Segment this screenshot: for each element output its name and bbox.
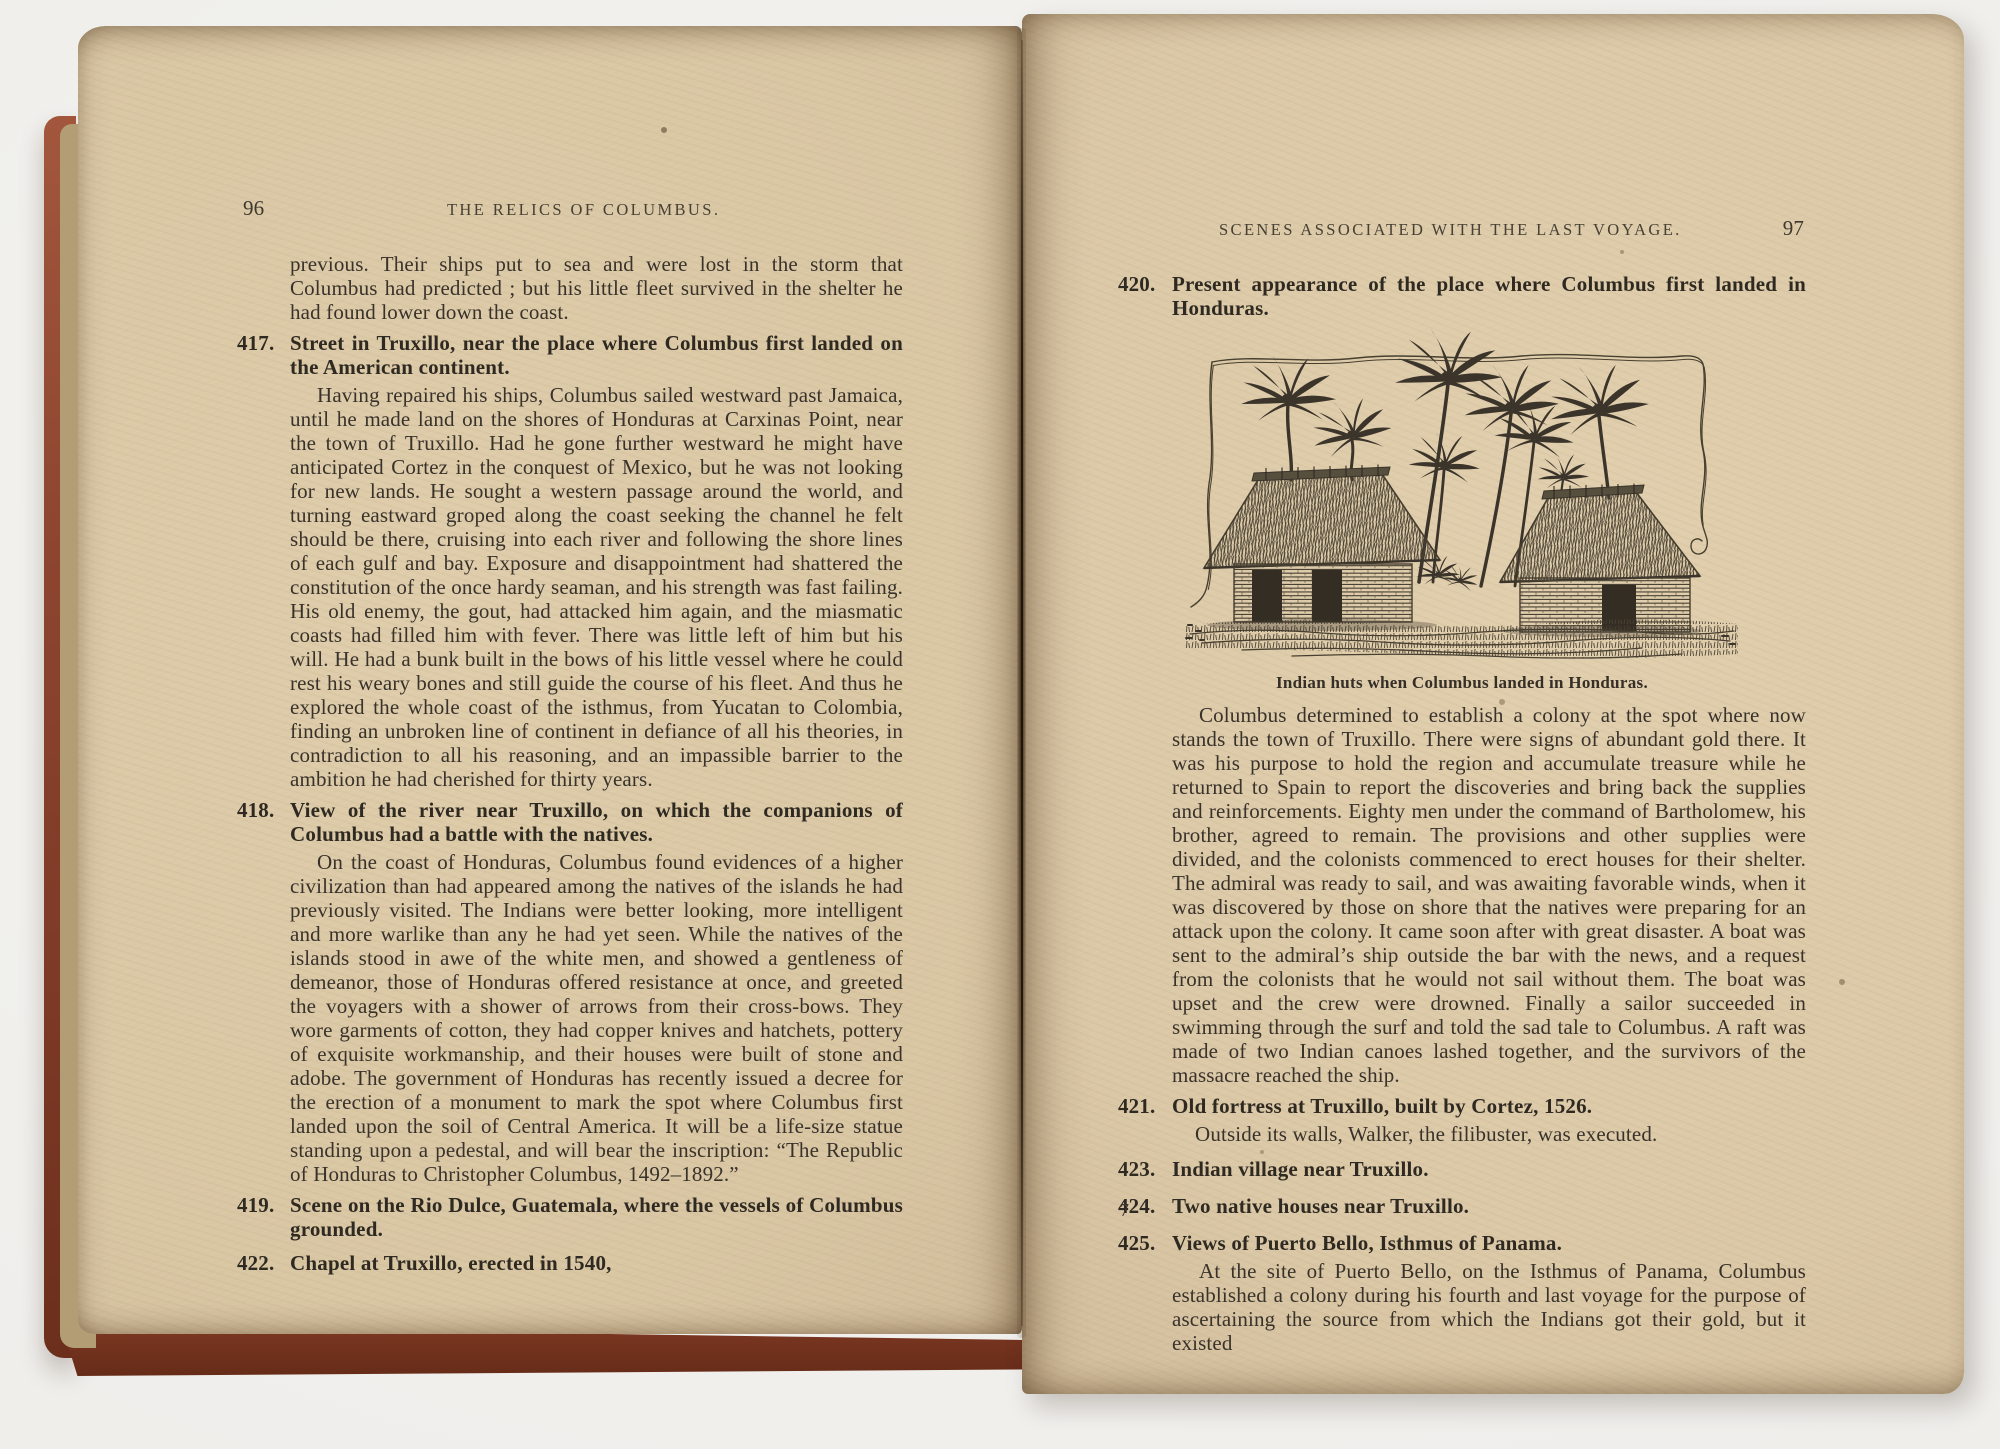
signature-mark: 7 [1120,1200,1129,1221]
running-header-left: THE RELICS OF COLUMBUS. [264,198,903,222]
catalog-entry-417: 417. Street in Truxillo, near the place … [237,331,903,379]
page-number-right: 97 [1783,216,1804,240]
catalog-entry-421: 421. Old fortress at Truxillo, built by … [1118,1094,1806,1118]
entry-number: 422. [237,1251,274,1275]
entry-number: 425. [1118,1231,1155,1255]
entry-heading: Two native houses near Truxillo. [1172,1194,1469,1218]
entry-425-paragraph: At the site of Puerto Bello, on the Isth… [1118,1259,1806,1355]
paper-specks [0,0,4,4]
entry-heading: Scene on the Rio Dulce, Guatemala, where… [290,1193,903,1241]
page-number-left: 96 [243,196,264,220]
catalog-entry-418: 418. View of the river near Truxillo, on… [237,798,903,846]
right-hut [1500,484,1700,633]
entry-heading: View of the river near Truxillo, on whic… [290,798,903,846]
entry-heading: Present appearance of the place where Co… [1172,272,1806,320]
entry-420-paragraph: Columbus determined to establish a colon… [1118,703,1806,1087]
entry-417-paragraph: Having repaired his ships, Columbus sail… [237,383,903,791]
left-hut [1204,465,1440,623]
entry-number: 417. [237,331,274,355]
right-page-header: SCENES ASSOCIATED WITH THE LAST VOYAGE. … [1118,216,1806,242]
book-gutter-line [1021,40,1023,1326]
running-header-right: SCENES ASSOCIATED WITH THE LAST VOYAGE. [1118,218,1783,242]
catalog-entry-424: 424. Two native houses near Truxillo. [1118,1194,1806,1218]
intro-paragraph: previous. Their ships put to sea and wer… [237,252,903,324]
catalog-entry-423: 423. Indian village near Truxillo. [1118,1157,1806,1181]
engraving-caption: Indian huts when Columbus landed in Hond… [1182,671,1742,695]
entry-heading: Chapel at Truxillo, erected in 1540, [290,1251,612,1275]
entry-heading: Old fortress at Truxillo, built by Corte… [1172,1094,1592,1118]
entry-number: 420. [1118,272,1155,296]
entry-heading: Indian village near Truxillo. [1172,1157,1429,1181]
right-page-text-column: SCENES ASSOCIATED WITH THE LAST VOYAGE. … [1118,216,1806,1359]
entry-421-note: Outside its walls, Walker, the filibuste… [1118,1122,1806,1146]
entry-number: 418. [237,798,274,822]
entry-number: 421. [1118,1094,1155,1118]
catalog-entry-420: 420. Present appearance of the place whe… [1118,272,1806,320]
left-page-header: 96 THE RELICS OF COLUMBUS. [237,196,903,222]
entry-number: 423. [1118,1157,1155,1181]
entry-418-paragraph: On the coast of Honduras, Columbus found… [237,850,903,1186]
catalog-entry-422: 422. Chapel at Truxillo, erected in 1540… [237,1251,903,1275]
catalog-entry-419: 419. Scene on the Rio Dulce, Guatemala, … [237,1193,903,1241]
huts-engraving: Indian huts when Columbus landed in Hond… [1182,328,1742,695]
entry-heading: Views of Puerto Bello, Isthmus of Panama… [1172,1231,1562,1255]
left-page-text-column: 96 THE RELICS OF COLUMBUS. previous. The… [237,196,903,1279]
catalog-entry-425: 425. Views of Puerto Bello, Isthmus of P… [1118,1231,1806,1255]
entry-number: 419. [237,1193,274,1217]
entry-heading: Street in Truxillo, near the place where… [290,331,903,379]
